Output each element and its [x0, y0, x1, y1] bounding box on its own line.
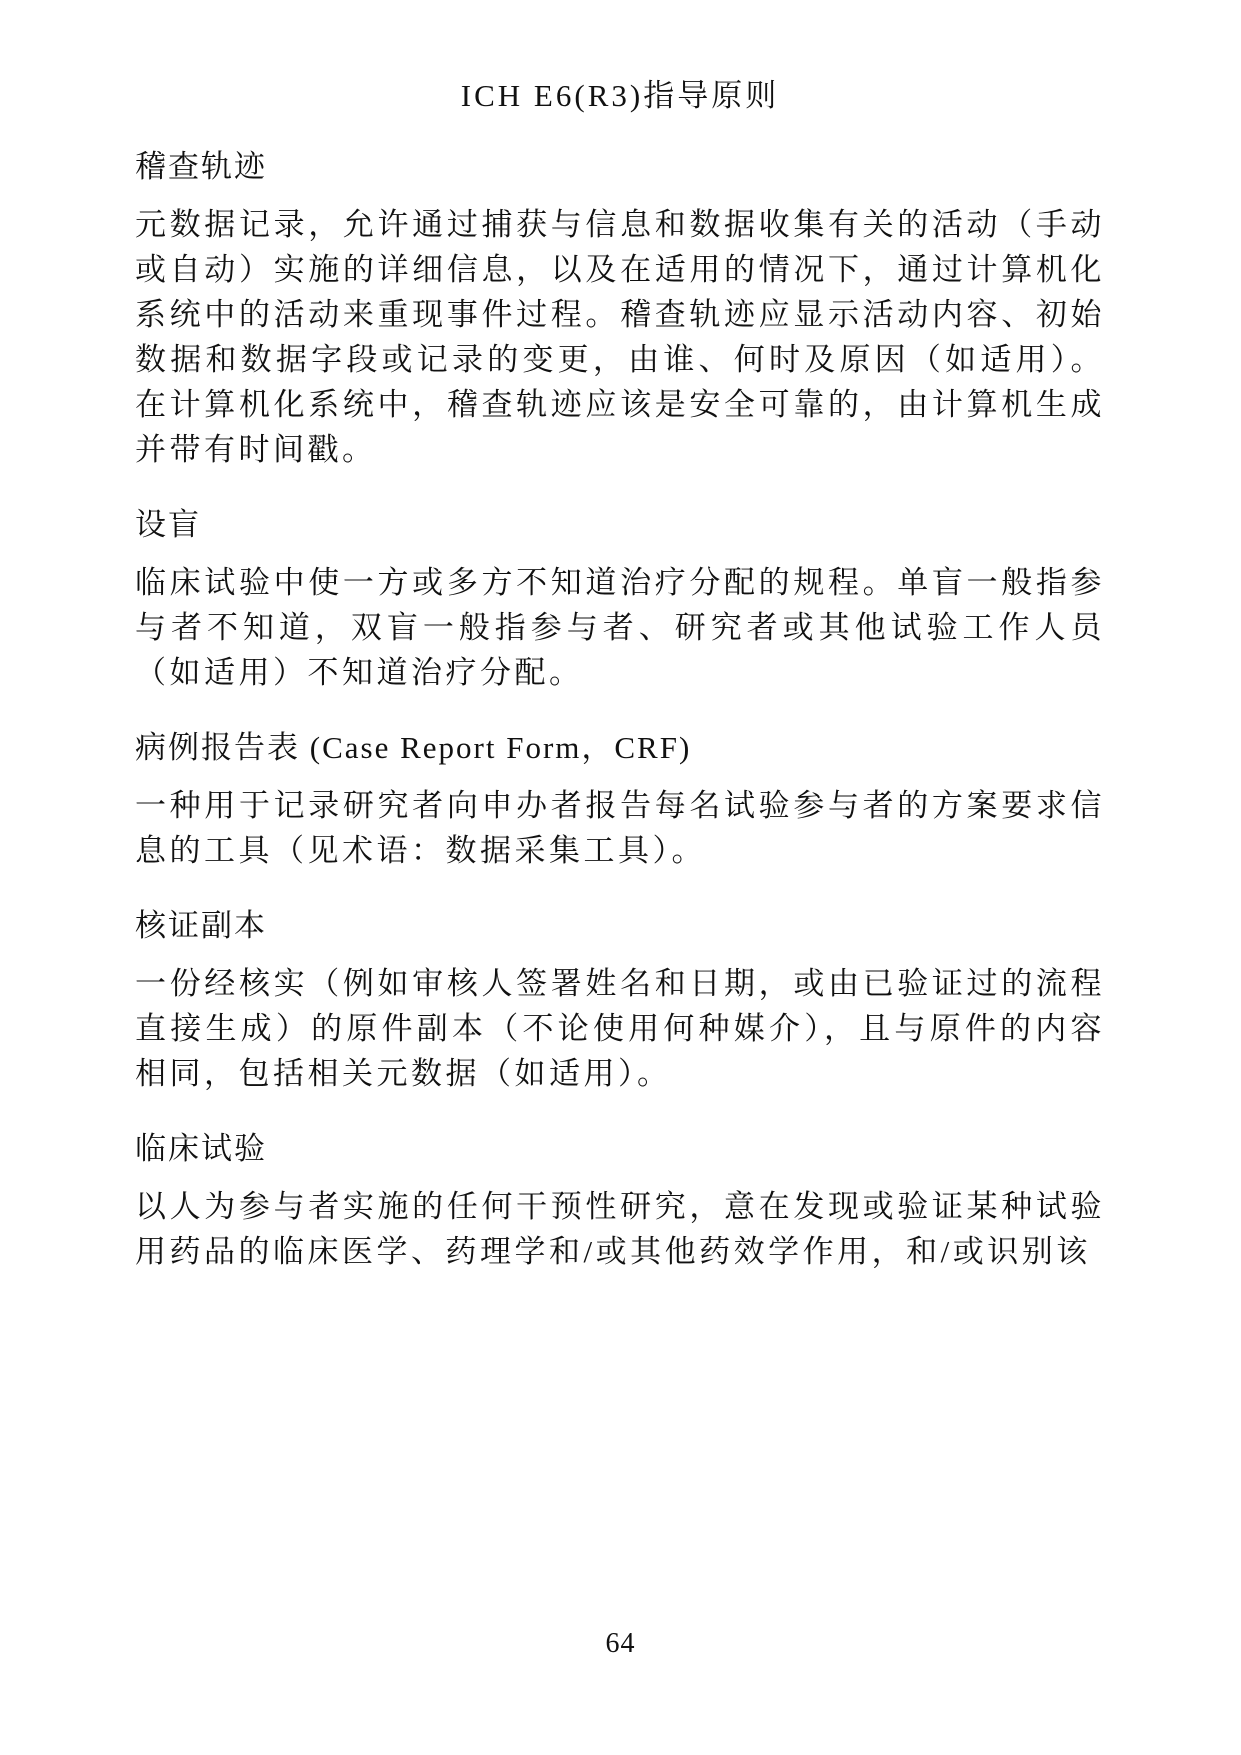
section-heading: 核证副本: [135, 903, 1105, 948]
section-body: 一种用于记录研究者向申办者报告每名试验参与者的方案要求信息的工具（见术语：数据采…: [135, 783, 1105, 873]
section-body: 一份经核实（例如审核人签署姓名和日期，或由已验证过的流程直接生成）的原件副本（不…: [135, 961, 1105, 1096]
section-heading: 病例报告表 (Case Report Form，CRF): [135, 725, 1105, 770]
document-page: ICH E6(R3)指导原则 稽查轨迹 元数据记录，允许通过捕获与信息和数据收集…: [0, 0, 1241, 1755]
section-body: 临床试验中使一方或多方不知道治疗分配的规程。单盲一般指参与者不知道，双盲一般指参…: [135, 560, 1105, 695]
section-clinical-trial: 临床试验 以人为参与者实施的任何干预性研究，意在发现或验证某种试验用药品的临床医…: [135, 1126, 1105, 1274]
section-heading: 设盲: [135, 502, 1105, 547]
section-body: 元数据记录，允许通过捕获与信息和数据收集有关的活动（手动或自动）实施的详细信息，…: [135, 202, 1105, 472]
section-heading: 临床试验: [135, 1126, 1105, 1171]
document-header-title: ICH E6(R3)指导原则: [135, 78, 1105, 114]
section-heading: 稽查轨迹: [135, 144, 1105, 189]
section-certified-copy: 核证副本 一份经核实（例如审核人签署姓名和日期，或由已验证过的流程直接生成）的原…: [135, 903, 1105, 1096]
section-blinding: 设盲 临床试验中使一方或多方不知道治疗分配的规程。单盲一般指参与者不知道，双盲一…: [135, 502, 1105, 695]
section-case-report-form: 病例报告表 (Case Report Form，CRF) 一种用于记录研究者向申…: [135, 725, 1105, 873]
page-number: 64: [0, 1628, 1241, 1660]
section-audit-trail: 稽查轨迹 元数据记录，允许通过捕获与信息和数据收集有关的活动（手动或自动）实施的…: [135, 144, 1105, 472]
section-body: 以人为参与者实施的任何干预性研究，意在发现或验证某种试验用药品的临床医学、药理学…: [135, 1184, 1105, 1274]
